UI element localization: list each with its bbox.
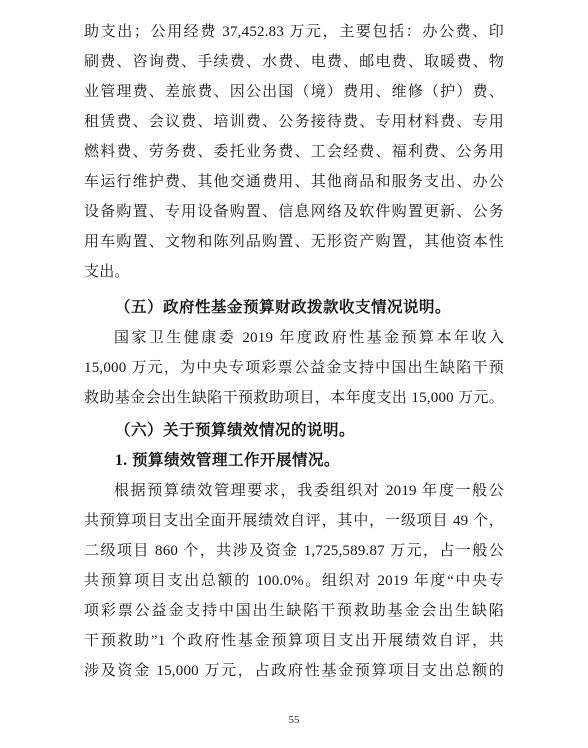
paragraph-line: 根据预算绩效管理要求，我委组织对 2019 年度一般公 [84, 476, 504, 506]
paragraph-line: 项彩票公益金支持中国出生缺陷干预救助基金会出生缺陷 [84, 596, 504, 626]
paragraph-line: 刷费、咨询费、手续费、水费、电费、邮电费、取暖费、物 [84, 47, 504, 77]
paragraph-line: 共预算项目支出全面开展绩效自评，其中，一级项目 49 个， [84, 506, 504, 536]
page-number: 55 [0, 712, 588, 728]
paragraph-line: 车运行维护费、其他交通费用、其他商品和服务支出、办公 [84, 167, 504, 197]
paragraph-line: 二级项目 860 个，共涉及资金 1,725,589.87 万元，占一般公 [84, 536, 504, 566]
paragraph-line: 国家卫生健康委 2019 年度政府性基金预算本年收入 [84, 323, 504, 353]
paragraph-line: 业管理费、差旅费、因公出国（境）费用、维修（护）费、 [84, 77, 504, 107]
paragraph-line: 支出。 [84, 257, 504, 287]
paragraph-line: 干预救助”1 个政府性基金预算项目支出开展绩效自评，共 [84, 626, 504, 656]
paragraph-line: 共预算项目支出总额的 100.0%。组织对 2019 年度“中央专 [84, 566, 504, 596]
paragraph-line: 租赁费、会议费、培训费、公务接待费、专用材料费、专用 [84, 107, 504, 137]
document-page: 助支出；公用经费 37,452.83 万元，主要包括：办公费、印刷费、咨询费、手… [0, 0, 588, 748]
paragraph-line: 15,000 万元，为中央专项彩票公益金支持中国出生缺陷干预 [84, 353, 504, 383]
section-heading-3: 1. 预算绩效管理工作开展情况。 [84, 446, 504, 476]
section-heading-2: （六）关于预算绩效情况的说明。 [84, 416, 504, 446]
section-heading-1: （五）政府性基金预算财政拨款收支情况说明。 [84, 293, 504, 323]
paragraph-line: 助支出；公用经费 37,452.83 万元，主要包括：办公费、印 [84, 17, 504, 47]
paragraph-line: 设备购置、专用设备购置、信息网络及软件购置更新、公务 [84, 197, 504, 227]
document-body: 助支出；公用经费 37,452.83 万元，主要包括：办公费、印刷费、咨询费、手… [84, 17, 504, 686]
paragraph-line: 救助基金会出生缺陷干预救助项目，本年度支出 15,000 万元。 [84, 383, 504, 413]
paragraph-line: 涉及资金 15,000 万元，占政府性基金预算项目支出总额的 [84, 656, 504, 686]
paragraph-line: 燃料费、劳务费、委托业务费、工会经费、福利费、公务用 [84, 137, 504, 167]
paragraph-line: 用车购置、文物和陈列品购置、无形资产购置，其他资本性 [84, 227, 504, 257]
